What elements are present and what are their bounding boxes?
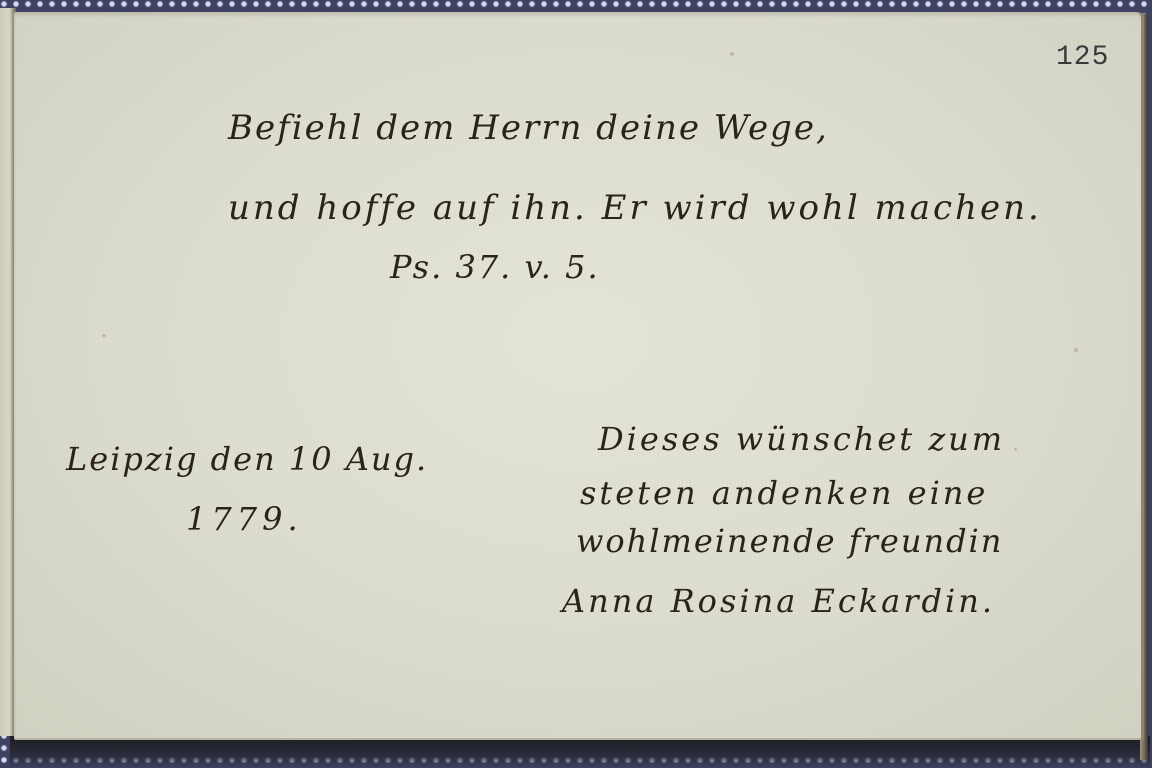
verse-reference: Ps. 37. v. 5. xyxy=(390,248,600,286)
dedication-line-3: wohlmeinende freundin xyxy=(576,522,1003,560)
year: 1779. xyxy=(186,500,303,538)
paper-spot xyxy=(1014,448,1017,451)
verse-line-2: und hoffe auf ihn. Er wird wohl machen. xyxy=(228,188,1042,228)
page-bottom-shadow xyxy=(10,736,1150,768)
place-and-date: Leipzig den 10 Aug. xyxy=(66,440,428,478)
paper-spot xyxy=(730,52,734,56)
verse-line-1: Befiehl dem Herrn deine Wege, xyxy=(228,108,829,148)
dedication-line-1: Dieses wünschet zum xyxy=(598,420,1005,458)
paper-spot xyxy=(1074,348,1078,352)
paper-spot xyxy=(102,334,106,337)
page-number: 125 xyxy=(1056,42,1109,73)
signature: Anna Rosina Eckardin. xyxy=(562,582,995,620)
dedication-line-2: steten andenken eine xyxy=(580,474,988,512)
